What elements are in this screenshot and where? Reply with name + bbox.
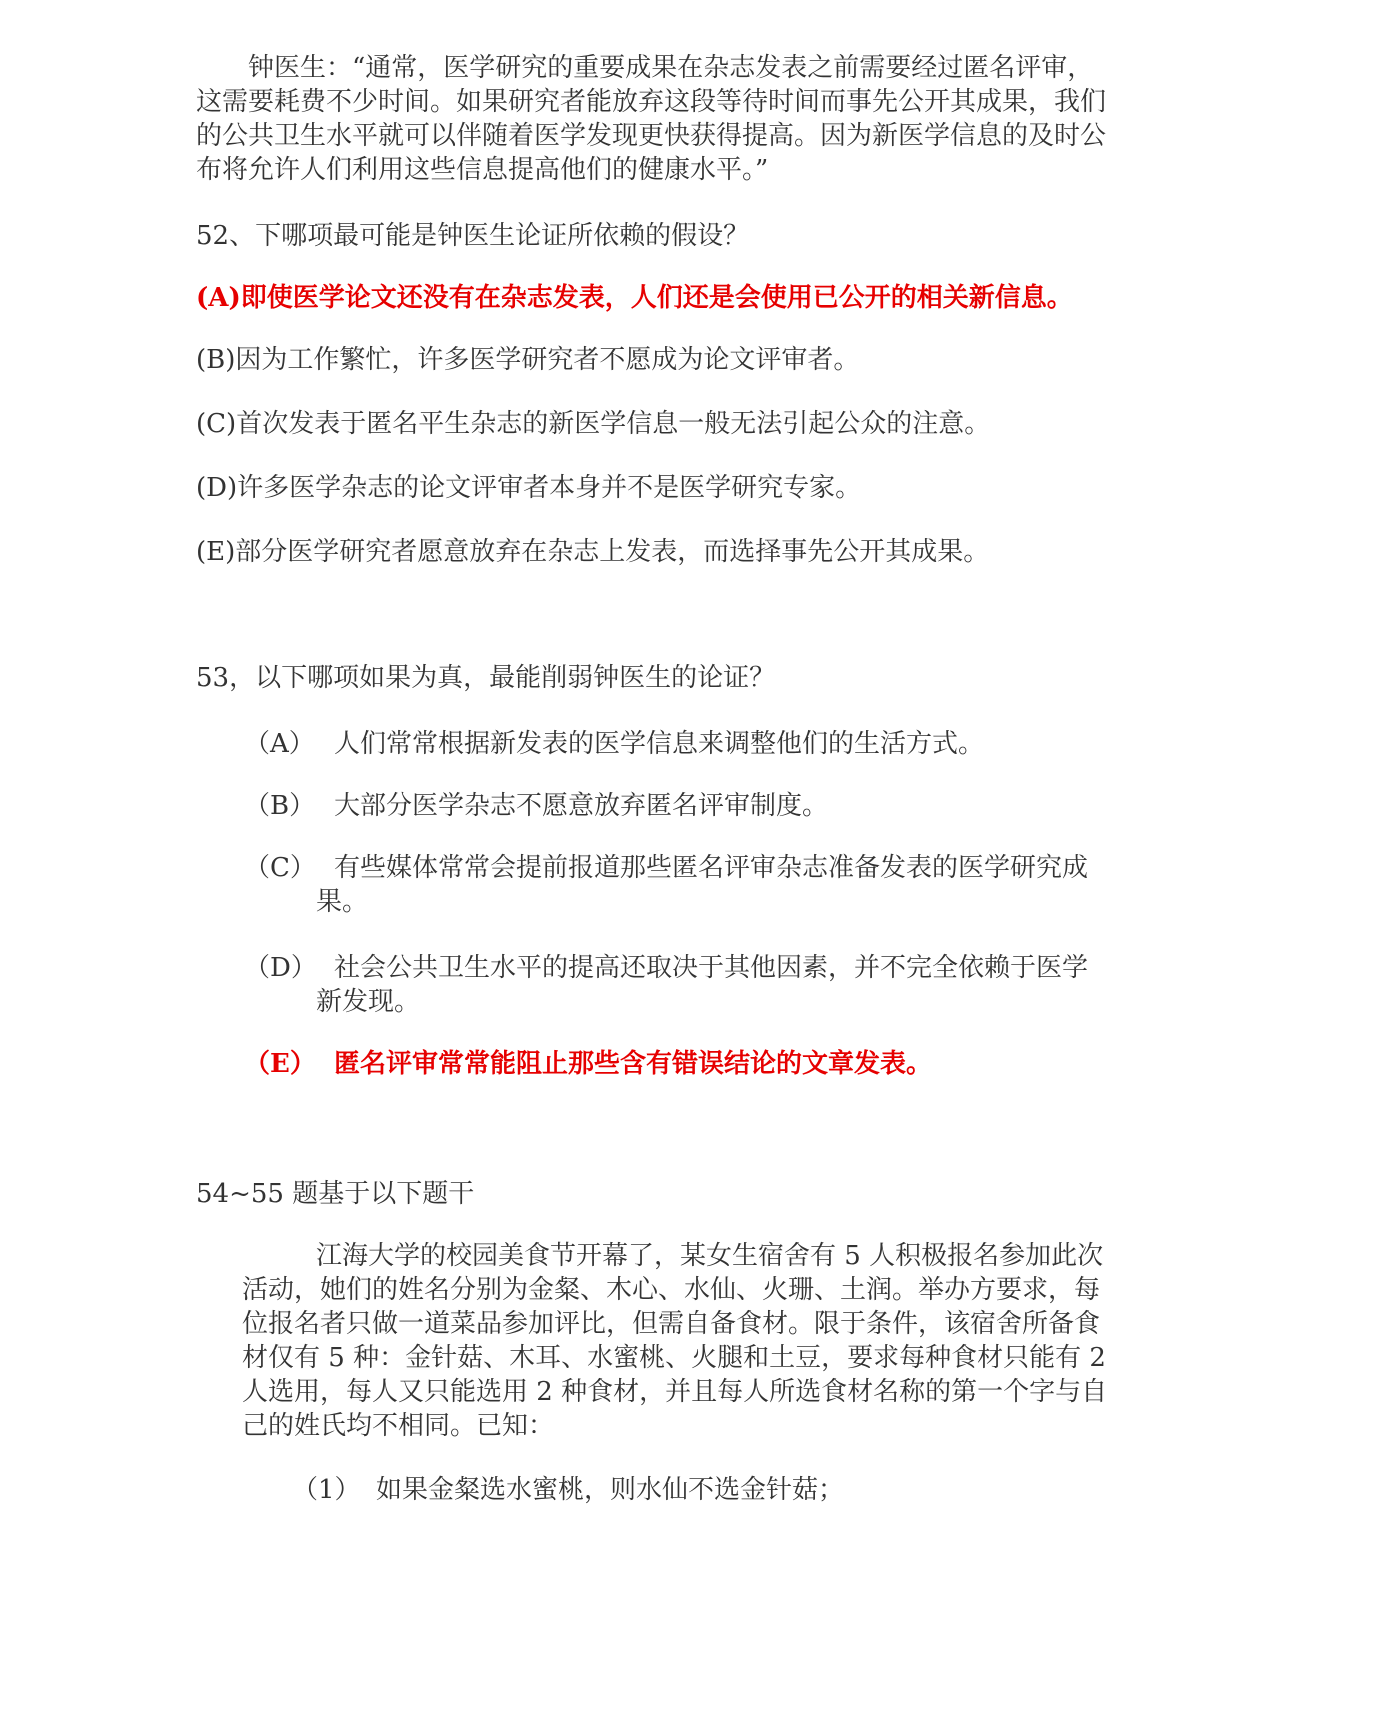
option-text: 有些媒体常常会提前报道那些匿名评审杂志准备发表的医学研究成 [334, 853, 1088, 883]
option-label: (A) [196, 283, 241, 313]
q53-option-b: （B）大部分医学杂志不愿意放弃匿名评审制度。 [244, 788, 828, 824]
q52-option-a: (A)即使医学论文还没有在杂志发表，人们还是会使用已公开的相关新信息。 [196, 280, 1073, 316]
q54-55-stem-line-1: 江海大学的校园美食节开幕了，某女生宿舍有 5 人积极报名参加此次 [316, 1238, 1103, 1274]
option-label: (E) [196, 537, 235, 567]
option-text: 大部分医学杂志不愿意放弃匿名评审制度。 [334, 791, 828, 821]
option-label: (D) [196, 473, 237, 503]
q54-55-heading: 54~55 题基于以下题干 [196, 1176, 474, 1212]
condition-text: 如果金粲选水蜜桃，则水仙不选金针菇； [376, 1475, 844, 1505]
option-label: (C) [196, 409, 236, 439]
q52-option-b: (B)因为工作繁忙，许多医学研究者不愿成为论文评审者。 [196, 342, 859, 378]
option-text: 即使医学论文还没有在杂志发表，人们还是会使用已公开的相关新信息。 [241, 283, 1073, 313]
option-label: （B） [244, 788, 334, 824]
q52-option-d: (D)许多医学杂志的论文评审者本身并不是医学研究专家。 [196, 470, 861, 506]
question-53: 53，以下哪项如果为真，最能削弱钟医生的论证？ [196, 660, 775, 696]
option-text: 因为工作繁忙，许多医学研究者不愿成为论文评审者。 [235, 345, 859, 375]
option-label: （E） [244, 1046, 334, 1082]
option-text: 社会公共卫生水平的提高还取决于其他因素，并不完全依赖于医学 [334, 953, 1088, 983]
passage-line-2: 这需要耗费不少时间。如果研究者能放弃这段等待时间而事先公开其成果，我们 [196, 84, 1106, 120]
passage-line-4: 布将允许人们利用这些信息提高他们的健康水平。” [196, 152, 768, 188]
option-text: 人们常常根据新发表的医学信息来调整他们的生活方式。 [334, 729, 984, 759]
question-52: 52、下哪项最可能是钟医生论证所依赖的假设？ [196, 218, 749, 254]
q54-55-stem-line-3: 位报名者只做一道菜品参加评比，但需自备食材。限于条件，该宿舍所备食 [242, 1306, 1100, 1342]
option-label: （D） [244, 950, 334, 986]
option-text: 部分医学研究者愿意放弃在杂志上发表，而选择事先公开其成果。 [235, 537, 989, 567]
q52-option-e: (E)部分医学研究者愿意放弃在杂志上发表，而选择事先公开其成果。 [196, 534, 989, 570]
q54-55-stem-line-5: 人选用，每人又只能选用 2 种食材，并且每人所选食材名称的第一个字与自 [242, 1374, 1107, 1410]
condition-label: （1） [292, 1472, 376, 1508]
q54-55-condition-1: （1）如果金粲选水蜜桃，则水仙不选金针菇； [292, 1472, 844, 1508]
q53-option-d-continued: 新发现。 [316, 984, 420, 1020]
q54-55-stem-line-6: 己的姓氏均不相同。已知： [242, 1408, 554, 1444]
q54-55-stem-line-4: 材仅有 5 种：金针菇、木耳、水蜜桃、火腿和土豆，要求每种食材只能有 2 [242, 1340, 1106, 1376]
passage-line-1: 钟医生：“通常，医学研究的重要成果在杂志发表之前需要经过匿名评审， [248, 50, 1093, 86]
option-text: 许多医学杂志的论文评审者本身并不是医学研究专家。 [237, 473, 861, 503]
passage-line-3: 的公共卫生水平就可以伴随着医学发现更快获得提高。因为新医学信息的及时公 [196, 118, 1106, 154]
option-label: （A） [244, 726, 334, 762]
q53-option-d: （D）社会公共卫生水平的提高还取决于其他因素，并不完全依赖于医学 [244, 950, 1088, 986]
option-text: 首次发表于匿名平生杂志的新医学信息一般无法引起公众的注意。 [236, 409, 990, 439]
q53-option-e: （E）匿名评审常常能阻止那些含有错误结论的文章发表。 [244, 1046, 932, 1082]
q54-55-stem-line-2: 活动，她们的姓名分别为金粲、木心、水仙、火珊、土润。举办方要求，每 [242, 1272, 1100, 1308]
q53-option-c-continued: 果。 [316, 884, 368, 920]
option-label: （C） [244, 850, 334, 886]
option-label: (B) [196, 345, 235, 375]
option-text: 匿名评审常常能阻止那些含有错误结论的文章发表。 [334, 1049, 932, 1079]
q52-option-c: (C)首次发表于匿名平生杂志的新医学信息一般无法引起公众的注意。 [196, 406, 990, 442]
q53-option-a: （A）人们常常根据新发表的医学信息来调整他们的生活方式。 [244, 726, 984, 762]
q53-option-c: （C）有些媒体常常会提前报道那些匿名评审杂志准备发表的医学研究成 [244, 850, 1088, 886]
